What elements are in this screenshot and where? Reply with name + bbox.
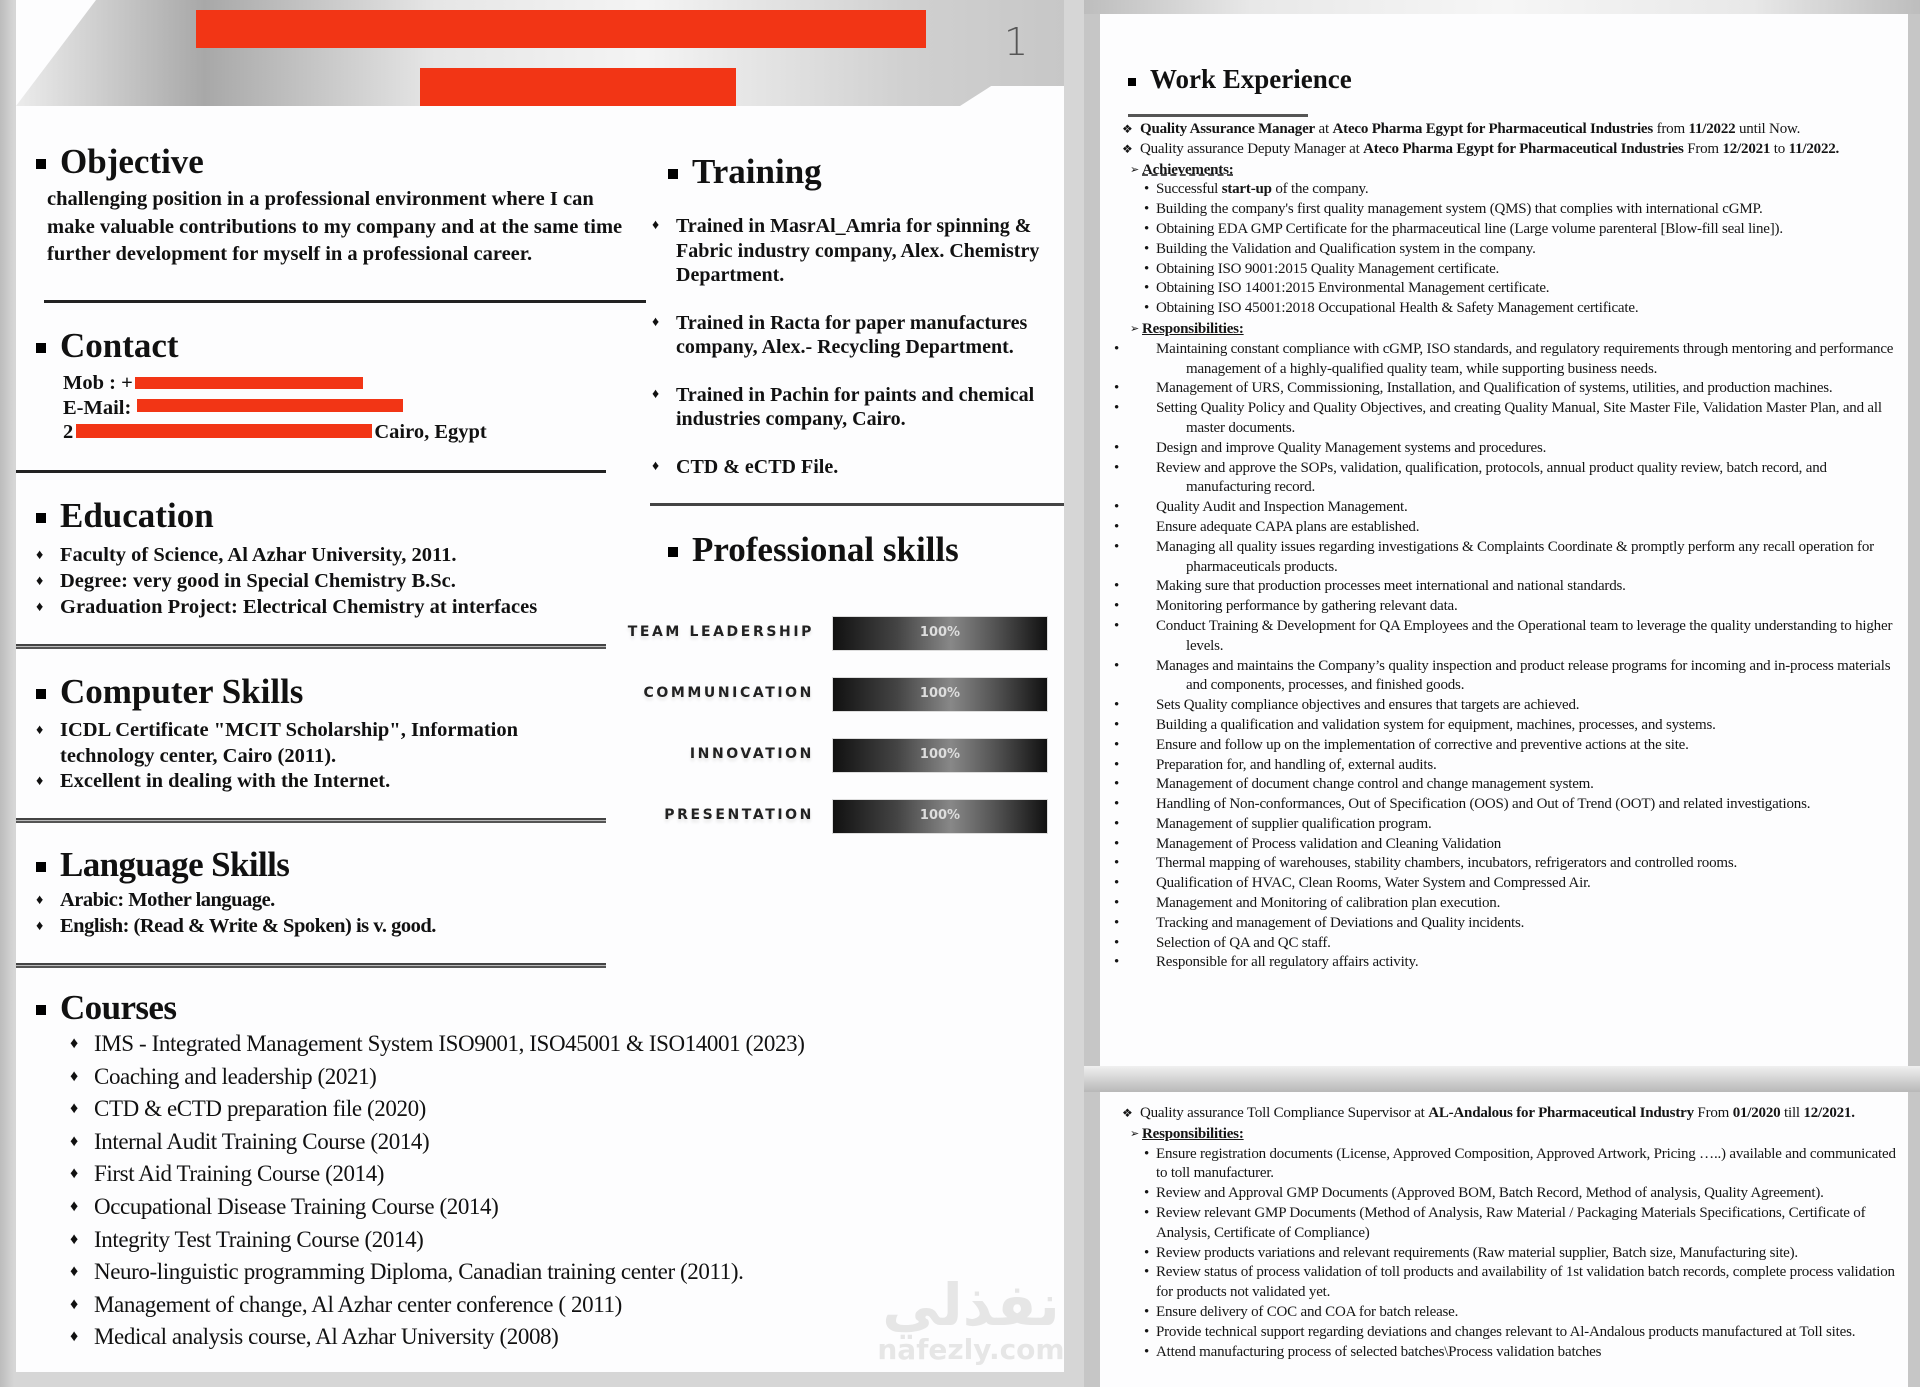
list-item: First Aid Training Course (2014)	[70, 1158, 804, 1191]
responsibility-item: Qualification of HVAC, Clean Rooms, Wate…	[1122, 874, 1902, 894]
job-end: 11/2022.	[1789, 141, 1840, 157]
list-item: CTD & eCTD File.	[652, 455, 1064, 480]
list-item: Graduation Project: Electrical Chemistry…	[36, 594, 537, 620]
responsibilities-list: Ensure registration documents (License, …	[1122, 1145, 1902, 1363]
responsibility-item: Thermal mapping of warehouses, stability…	[1122, 854, 1902, 874]
job-entry: Quality assurance Toll Compliance Superv…	[1122, 1104, 1902, 1124]
job-end: until Now.	[1735, 121, 1800, 137]
square-bullet-icon	[668, 169, 678, 179]
responsibility-item: Making sure that production processes me…	[1122, 577, 1902, 597]
heading-text: Professional skills	[692, 530, 959, 570]
responsibility-item: Preparation for, and handling of, extern…	[1122, 756, 1902, 776]
responsibility-item: Provide technical support regarding devi…	[1122, 1323, 1902, 1343]
square-bullet-icon	[36, 862, 46, 872]
job-start: 01/2020	[1733, 1105, 1781, 1121]
section-divider	[16, 644, 606, 649]
subheading-text: Responsibilities:	[1142, 1126, 1244, 1142]
objective-text: challenging position in a professional e…	[47, 186, 637, 269]
skill-row: INNOVATION100%	[642, 738, 1062, 774]
square-bullet-icon	[36, 689, 46, 699]
page-edge	[1084, 0, 1920, 14]
responsibility-item: Attend manufacturing process of selected…	[1122, 1343, 1902, 1363]
job-title: Quality assurance Deputy Manager at	[1140, 141, 1363, 157]
list-item: English: (Read & Write & Spoken) is v. g…	[36, 913, 436, 939]
text: till	[1780, 1105, 1803, 1121]
resume-page-2: Work Experience Quality Assurance Manage…	[1084, 0, 1920, 1387]
text: From	[1684, 141, 1723, 157]
computer-skills-heading: Computer Skills	[36, 672, 303, 712]
responsibility-item: Sets Quality compliance objectives and e…	[1122, 696, 1902, 716]
page-sheet: Work Experience Quality Assurance Manage…	[1100, 14, 1908, 1066]
training-list: Trained in MasrAl_Amria for spinning & F…	[652, 214, 1064, 502]
work-experience-list: Quality assurance Toll Compliance Superv…	[1122, 1104, 1902, 1362]
square-bullet-icon	[668, 547, 678, 557]
heading-text: Training	[692, 152, 822, 192]
achievement-item: Building the company's first quality man…	[1122, 200, 1902, 220]
job-entry: Quality Assurance Manager at Ateco Pharm…	[1122, 120, 1902, 140]
text: from	[1653, 121, 1688, 137]
list-item: CTD & eCTD preparation file (2020)	[70, 1093, 804, 1126]
responsibility-item: Manages and maintains the Company’s qual…	[1122, 657, 1902, 697]
responsibility-item: Management of supplier qualification pro…	[1122, 815, 1902, 835]
text: From	[1694, 1105, 1733, 1121]
list-item: Coaching and leadership (2021)	[70, 1061, 804, 1094]
responsibility-item: Selection of QA and QC staff.	[1122, 934, 1902, 954]
skill-row: TEAM LEADERSHIP100%	[642, 616, 1062, 652]
achievement-item: Obtaining EDA GMP Certificate for the ph…	[1122, 220, 1902, 240]
square-bullet-icon	[1128, 78, 1136, 86]
section-divider	[16, 470, 606, 473]
objective-heading: Objective	[36, 142, 204, 182]
responsibility-item: Design and improve Quality Management sy…	[1122, 439, 1902, 459]
section-divider	[1128, 114, 1308, 117]
responsibility-item: Ensure and follow up on the implementati…	[1122, 736, 1902, 756]
achievement-item: Building the Validation and Qualificatio…	[1122, 240, 1902, 260]
contact-address: 2 Cairo, Egypt	[63, 419, 583, 444]
address-prefix: 2	[63, 421, 73, 443]
contact-mobile: Mob : +	[63, 370, 583, 395]
list-item: Arabic: Mother language.	[36, 887, 436, 913]
skill-progress-bar: 100%	[832, 616, 1048, 651]
skill-label: INNOVATION	[690, 746, 814, 762]
work-experience-list: Quality Assurance Manager at Ateco Pharm…	[1122, 120, 1902, 973]
responsibility-item: Management of Process validation and Cle…	[1122, 835, 1902, 855]
subtitle-redaction	[420, 68, 736, 106]
skill-label: PRESENTATION	[664, 807, 814, 823]
skill-progress-bar: 100%	[832, 738, 1048, 773]
list-item: Trained in Racta for paper manufactures …	[652, 311, 1064, 360]
job-title: Quality assurance Toll Compliance Superv…	[1140, 1105, 1428, 1121]
responsibility-item: Review and Approval GMP Documents (Appro…	[1122, 1184, 1902, 1204]
list-item: Integrity Test Training Course (2014)	[70, 1224, 804, 1257]
achievement-item: Successful start-up of the company.	[1122, 180, 1902, 200]
list-item: Faculty of Science, Al Azhar University,…	[36, 542, 537, 568]
list-item: Excellent in dealing with the Internet.	[36, 769, 596, 795]
heading-text: Objective	[60, 142, 204, 182]
page-sheet: Quality assurance Toll Compliance Superv…	[1100, 1092, 1908, 1387]
skill-label: TEAM LEADERSHIP	[628, 624, 814, 640]
square-bullet-icon	[36, 343, 46, 353]
skill-label: COMMUNICATION	[643, 685, 814, 701]
section-divider	[16, 818, 606, 823]
page-gap	[1084, 1066, 1920, 1092]
mobile-redaction	[135, 377, 363, 389]
header-notch-decoration	[16, 0, 96, 106]
job-start: 11/2022	[1689, 121, 1736, 137]
responsibility-item: Tracking and management of Deviations an…	[1122, 914, 1902, 934]
address-redaction	[76, 424, 372, 438]
responsibility-item: Review relevant GMP Documents (Method of…	[1122, 1204, 1902, 1244]
contact-heading: Contact	[36, 326, 179, 366]
responsibility-item: Responsible for all regulatory affairs a…	[1122, 953, 1902, 973]
text: to	[1770, 141, 1788, 157]
responsibility-item: Managing all quality issues regarding in…	[1122, 538, 1902, 578]
skill-value: 100%	[832, 686, 1048, 701]
skill-progress-bar: 100%	[832, 677, 1048, 712]
responsibility-item: Ensure delivery of COC and COA for batch…	[1122, 1303, 1902, 1323]
achievements-list: Successful start-up of the company.Build…	[1122, 180, 1902, 319]
watermark-arabic: نفذلي	[866, 1275, 1064, 1335]
job-company: Ateco Pharma Egypt for Pharmaceutical In…	[1363, 141, 1684, 157]
education-heading: Education	[36, 496, 214, 536]
contact-block: Mob : + E-Mail: 2 Cairo, Egypt	[63, 370, 583, 444]
page-number: 1	[1004, 20, 1028, 64]
responsibility-item: Management and Monitoring of calibration…	[1122, 894, 1902, 914]
job-company: AL-Andalous for Pharmaceutical Industry	[1428, 1105, 1694, 1121]
contact-email: E-Mail:	[63, 395, 583, 420]
responsibility-item: Ensure registration documents (License, …	[1122, 1145, 1902, 1185]
list-item: ICDL Certificate "MCIT Scholarship", Inf…	[36, 718, 596, 769]
language-skills-heading: Language Skills	[36, 845, 289, 885]
mobile-label: Mob : +	[63, 372, 133, 394]
list-item: Occupational Disease Training Course (20…	[70, 1191, 804, 1224]
achievement-item: Obtaining ISO 9001:2015 Quality Manageme…	[1122, 260, 1902, 280]
list-item: Trained in Pachin for paints and chemica…	[652, 383, 1064, 432]
email-label: E-Mail:	[63, 397, 131, 419]
list-item: Management of change, Al Azhar center co…	[70, 1289, 804, 1322]
list-item: IMS - Integrated Management System ISO90…	[70, 1028, 804, 1061]
responsibilities-list: Maintaining constant compliance with cGM…	[1122, 340, 1902, 974]
job-company: Ateco Pharma Egypt for Pharmaceutical In…	[1333, 121, 1654, 137]
skill-value: 100%	[832, 747, 1048, 762]
heading-text: Courses	[60, 988, 176, 1028]
heading-text: Language Skills	[60, 845, 289, 885]
address-city: Cairo, Egypt	[374, 421, 486, 443]
responsibility-item: Quality Audit and Inspection Management.	[1122, 498, 1902, 518]
square-bullet-icon	[36, 513, 46, 523]
skill-value: 100%	[832, 808, 1048, 823]
responsibility-item: Review and approve the SOPs, validation,…	[1122, 459, 1902, 499]
responsibility-item: Management of document change control an…	[1122, 775, 1902, 795]
email-redaction	[137, 399, 403, 412]
heading-text: Computer Skills	[60, 672, 303, 712]
list-item: Internal Audit Training Course (2014)	[70, 1126, 804, 1159]
page-sheet: 1 Objective challenging position in a pr…	[16, 0, 1064, 1372]
subheading-text: Responsibilities:	[1142, 321, 1244, 337]
responsibility-item: Management of URS, Commissioning, Instal…	[1122, 379, 1902, 399]
responsibility-item: Review products variations and relevant …	[1122, 1244, 1902, 1264]
subheading-text: Achievements:	[1142, 162, 1234, 178]
skill-progress-bar: 100%	[832, 799, 1048, 834]
responsibility-item: Setting Quality Policy and Quality Objec…	[1122, 399, 1902, 439]
square-bullet-icon	[36, 1005, 46, 1015]
name-redaction	[196, 10, 926, 48]
job-start: 12/2021	[1722, 141, 1770, 157]
square-bullet-icon	[36, 159, 46, 169]
job-entry: Quality assurance Deputy Manager at Atec…	[1122, 140, 1902, 160]
responsibility-item: Ensure adequate CAPA plans are establish…	[1122, 518, 1902, 538]
courses-list: IMS - Integrated Management System ISO90…	[70, 1028, 804, 1354]
responsibility-item: Review status of process validation of t…	[1122, 1263, 1902, 1303]
heading-text: Education	[60, 496, 214, 536]
achievement-item: Obtaining ISO 45001:2018 Occupational He…	[1122, 299, 1902, 319]
list-item: Trained in MasrAl_Amria for spinning & F…	[652, 214, 1064, 288]
responsibility-item: Conduct Training & Development for QA Em…	[1122, 617, 1902, 657]
watermark-latin: nafezly.com	[866, 1335, 1064, 1365]
list-item: Neuro-linguistic programming Diploma, Ca…	[70, 1256, 804, 1289]
skill-row: COMMUNICATION100%	[642, 677, 1062, 713]
work-experience-heading: Work Experience	[1128, 64, 1352, 95]
language-skills-list: Arabic: Mother language. English: (Read …	[36, 887, 436, 939]
responsibility-item: Building a qualification and validation …	[1122, 716, 1902, 736]
achievements-subheading: Achievements:	[1122, 161, 1902, 181]
job-title: Quality Assurance Manager	[1140, 121, 1315, 137]
courses-heading: Courses	[36, 988, 176, 1028]
skill-row: PRESENTATION100%	[642, 799, 1062, 835]
resume-page-1: 1 Objective challenging position in a pr…	[0, 0, 1084, 1387]
professional-skills-heading: Professional skills	[668, 530, 959, 570]
heading-text: Contact	[60, 326, 179, 366]
skill-value: 100%	[832, 625, 1048, 640]
responsibilities-subheading: Responsibilities:	[1122, 320, 1902, 340]
list-item: Degree: very good in Special Chemistry B…	[36, 568, 537, 594]
section-divider	[650, 503, 1064, 506]
responsibility-item: Handling of Non-conformances, Out of Spe…	[1122, 795, 1902, 815]
responsibilities-subheading: Responsibilities:	[1122, 1125, 1902, 1145]
responsibility-item: Monitoring performance by gathering rele…	[1122, 597, 1902, 617]
achievement-item: Obtaining ISO 14001:2015 Environmental M…	[1122, 279, 1902, 299]
responsibility-item: Maintaining constant compliance with cGM…	[1122, 340, 1902, 380]
text: at	[1315, 121, 1333, 137]
computer-skills-list: ICDL Certificate "MCIT Scholarship", Inf…	[36, 718, 596, 795]
section-divider	[16, 963, 606, 968]
job-end: 12/2021.	[1803, 1105, 1854, 1121]
training-heading: Training	[668, 152, 822, 192]
list-item: Medical analysis course, Al Azhar Univer…	[70, 1321, 804, 1354]
section-divider	[44, 300, 646, 303]
watermark: نفذلي nafezly.com	[866, 1275, 1064, 1365]
heading-text: Work Experience	[1150, 64, 1352, 95]
education-list: Faculty of Science, Al Azhar University,…	[36, 542, 537, 620]
